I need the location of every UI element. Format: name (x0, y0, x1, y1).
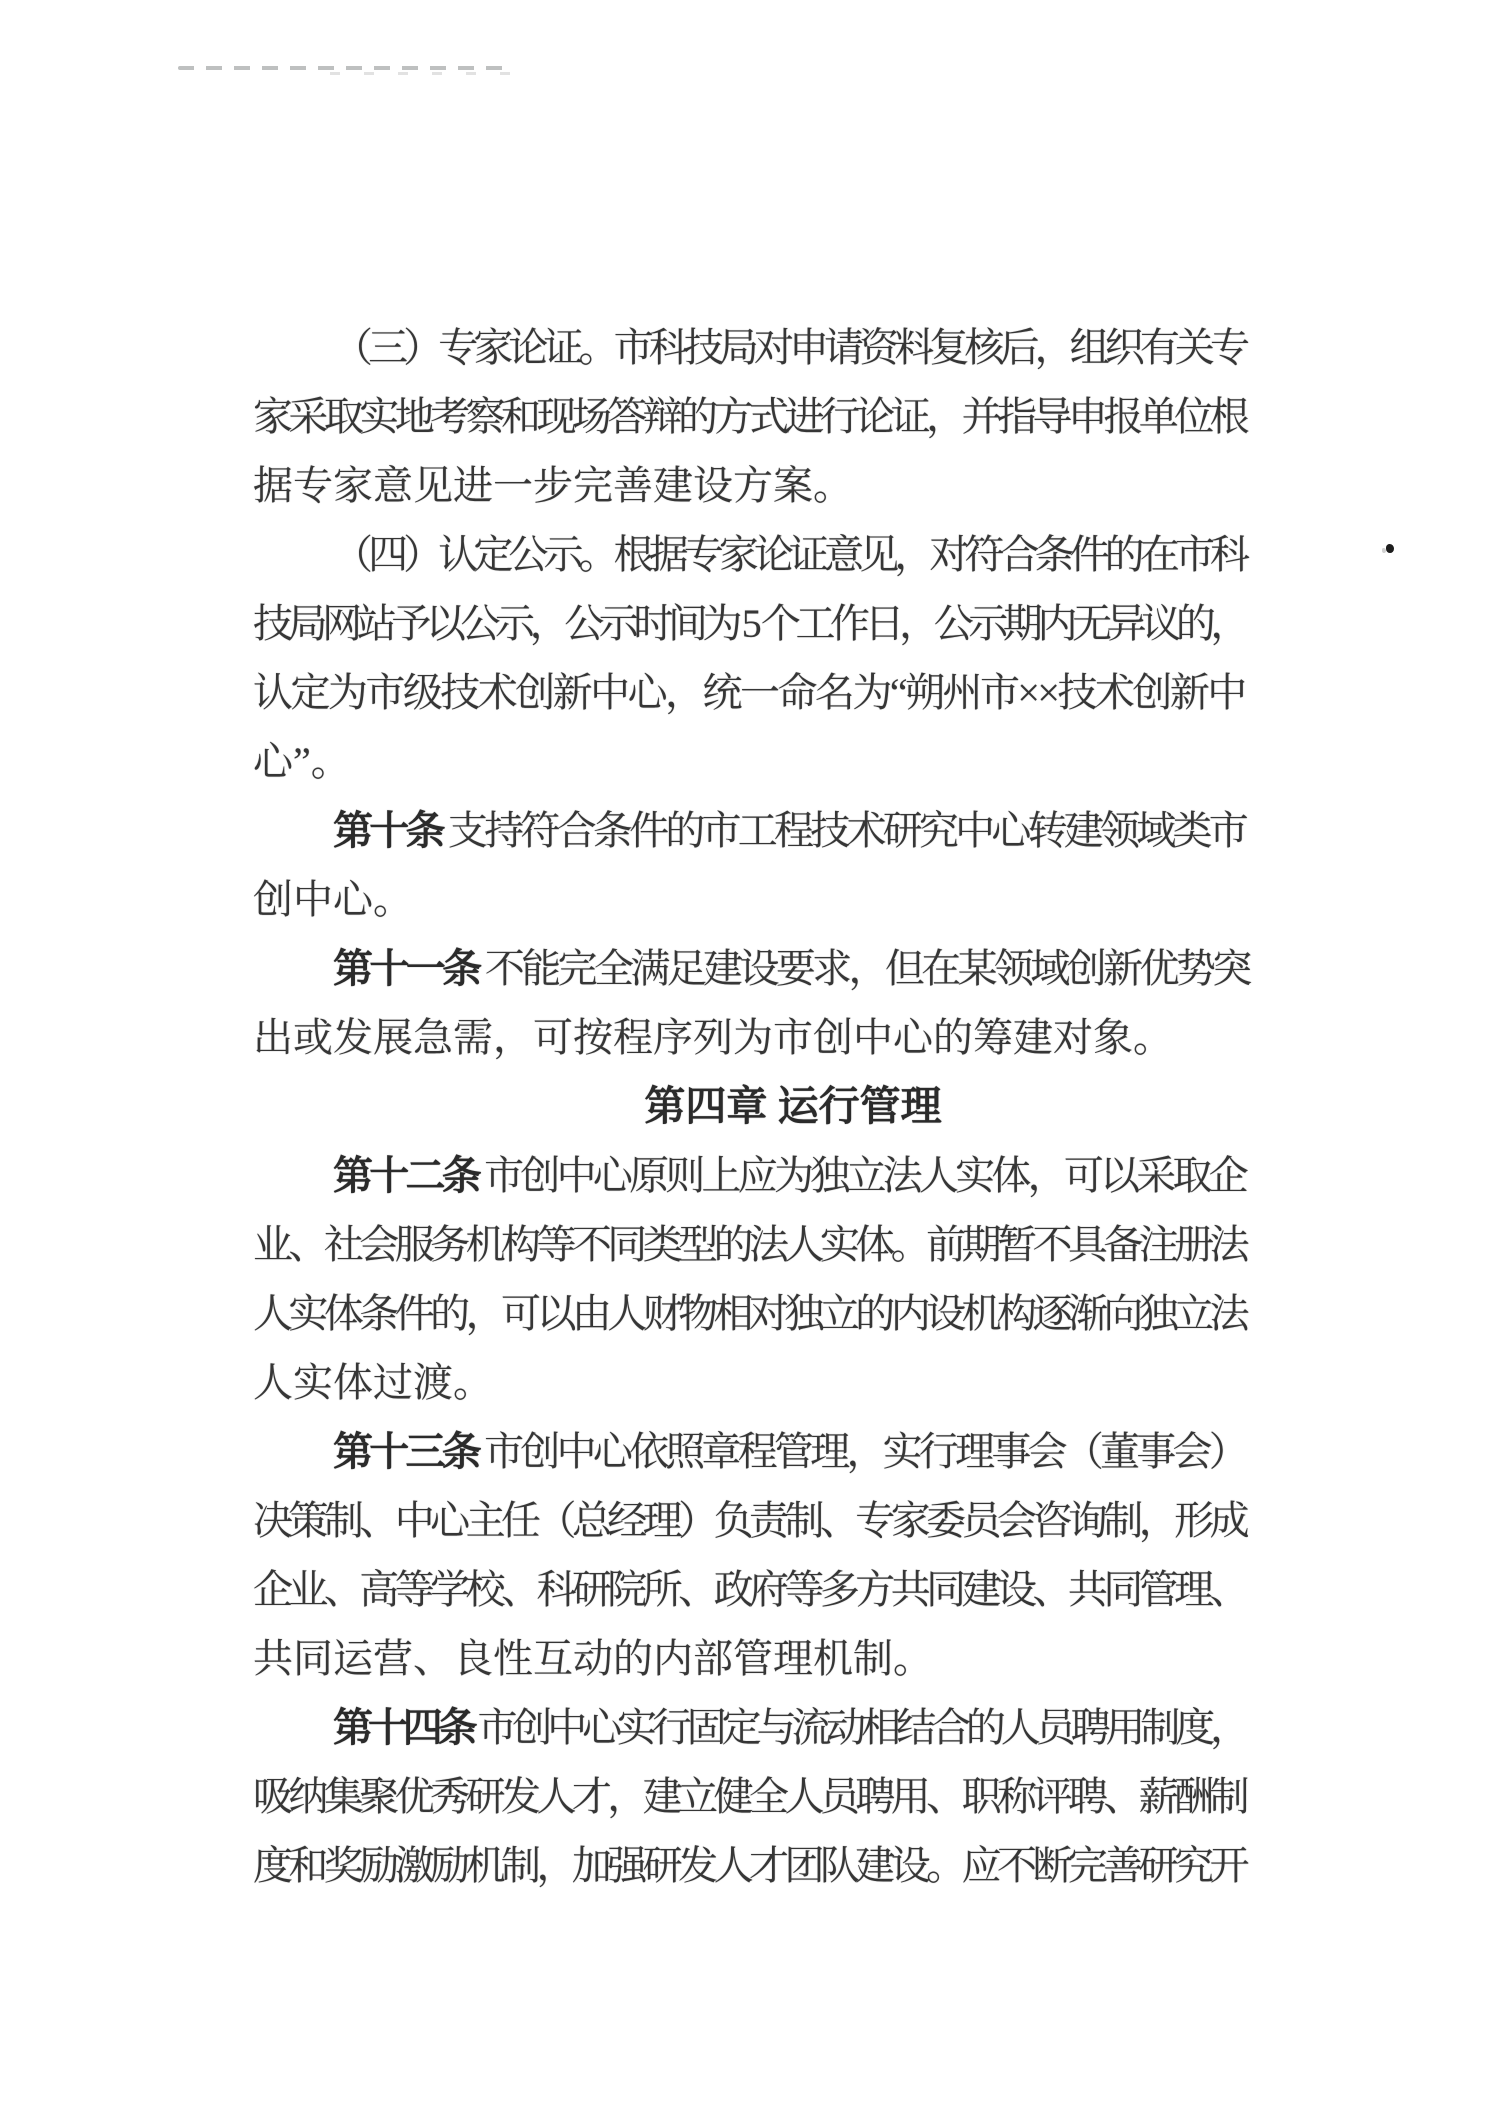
line-22: 吸纳集聚优秀研发人才，建立健全人员聘用、职称评聘、薪酬制 (253, 1762, 1245, 1831)
article-number: 第十三条 (333, 1429, 478, 1474)
text-segment: 人实体条件的，可以由人财物相对独立的内设机构逐渐向独立法 (253, 1291, 1245, 1336)
article-number: 第十一条 (333, 946, 478, 991)
article-number: 第十条 (333, 808, 442, 853)
line-10: 第十一条 不能完全满足建设要求，但在某领域创新优势突 (253, 934, 1245, 1003)
text-segment: 据专家意见进一步完善建设方案。 (253, 463, 853, 508)
article-number: 第四章 运行管理 (644, 1083, 941, 1129)
article-number: 第十二条 (333, 1153, 478, 1198)
line-03: 据专家意见进一步完善建设方案。 (253, 451, 1245, 520)
text-segment: （三）专家论证。市科技局对申请资料复核后，组织有关专 (333, 325, 1245, 370)
line-18: 决策制、中心主任（总经理）负责制、专家委员会咨询制，形成 (253, 1486, 1245, 1555)
text-segment: 决策制、中心主任（总经理）负责制、专家委员会咨询制，形成 (253, 1498, 1245, 1543)
chapter-heading: 第四章 运行管理 (253, 1072, 1245, 1141)
scanned-document-page: （三）专家论证。市科技局对申请资料复核后，组织有关专家采取实地考察和现场答辩的方… (0, 0, 1487, 2105)
line-06: 认定为市级技术创新中心，统一命名为“朔州市××技术创新中 (253, 658, 1245, 727)
article-number: 第十四条 (333, 1705, 473, 1750)
line-17: 第十三条 市创中心依照章程管理，实行理事会（董事会） (253, 1417, 1245, 1486)
scan-smudge-artifact-faint (330, 72, 510, 75)
text-segment: 创中心。 (253, 877, 413, 922)
line-13: 第十二条 市创中心原则上应为独立法人实体，可以采取企 (253, 1141, 1245, 1210)
text-segment: 家采取实地考察和现场答辩的方式进行论证，并指导申报单位根 (253, 394, 1245, 439)
line-11: 出或发展急需，可按程序列为市创中心的筹建对象。 (253, 1003, 1245, 1072)
text-segment: 共同运营、良性互动的内部管理机制。 (253, 1636, 933, 1681)
line-21: 第十四条 市创中心实行固定与流动相结合的人员聘用制度， (253, 1693, 1245, 1762)
text-segment: 业、社会服务机构等不同类型的法人实体。前期暂不具备注册法 (253, 1222, 1245, 1267)
line-16: 人实体过渡。 (253, 1348, 1245, 1417)
text-segment: 市创中心实行固定与流动相结合的人员聘用制度， (473, 1705, 1245, 1750)
line-07: 心”。 (253, 727, 1245, 796)
line-05: 技局网站予以公示，公示时间为 5 个工作日，公示期内无异议的， (253, 589, 1245, 658)
text-segment: 不能完全满足建设要求，但在某领域创新优势突 (478, 946, 1248, 991)
text-segment: 市创中心依照章程管理，实行理事会（董事会） (478, 1429, 1245, 1474)
text-segment: 吸纳集聚优秀研发人才，建立健全人员聘用、职称评聘、薪酬制 (253, 1774, 1245, 1819)
text-segment: 技局网站予以公示，公示时间为 5 个工作日，公示期内无异议的， (253, 601, 1245, 646)
text-segment: 出或发展急需，可按程序列为市创中心的筹建对象。 (253, 1015, 1173, 1060)
text-segment: 市创中心原则上应为独立法人实体，可以采取企 (478, 1153, 1245, 1198)
line-04: （四）认定公示。根据专家论证意见，对符合条件的在市科 (253, 520, 1245, 589)
line-15: 人实体条件的，可以由人财物相对独立的内设机构逐渐向独立法 (253, 1279, 1245, 1348)
text-segment: 人实体过渡。 (253, 1360, 493, 1405)
text-segment: 企业、高等学校、科研院所、政府等多方共同建设、共同管理、 (253, 1567, 1245, 1612)
ink-dot-artifact (1386, 544, 1394, 553)
line-08: 第十条 支持符合条件的市工程技术研究中心转建领域类市 (253, 796, 1245, 865)
text-segment: 支持符合条件的市工程技术研究中心转建领域类市 (442, 808, 1245, 853)
text-segment: 度和奖励激励机制，加强研发人才团队建设。应不断完善研究开 (253, 1843, 1245, 1888)
line-23: 度和奖励激励机制，加强研发人才团队建设。应不断完善研究开 (253, 1831, 1245, 1900)
line-20: 共同运营、良性互动的内部管理机制。 (253, 1624, 1245, 1693)
line-01: （三）专家论证。市科技局对申请资料复核后，组织有关专 (253, 313, 1245, 382)
line-09: 创中心。 (253, 865, 1245, 934)
text-segment: 认定为市级技术创新中心，统一命名为“朔州市××技术创新中 (253, 670, 1245, 715)
line-14: 业、社会服务机构等不同类型的法人实体。前期暂不具备注册法 (253, 1210, 1245, 1279)
document-text-block: （三）专家论证。市科技局对申请资料复核后，组织有关专家采取实地考察和现场答辩的方… (253, 313, 1245, 1900)
scan-smudge-artifact (178, 66, 508, 70)
text-segment: 心”。 (253, 739, 351, 784)
text-segment: （四）认定公示。根据专家论证意见，对符合条件的在市科 (333, 532, 1245, 577)
line-02: 家采取实地考察和现场答辩的方式进行论证，并指导申报单位根 (253, 382, 1245, 451)
line-19: 企业、高等学校、科研院所、政府等多方共同建设、共同管理、 (253, 1555, 1245, 1624)
